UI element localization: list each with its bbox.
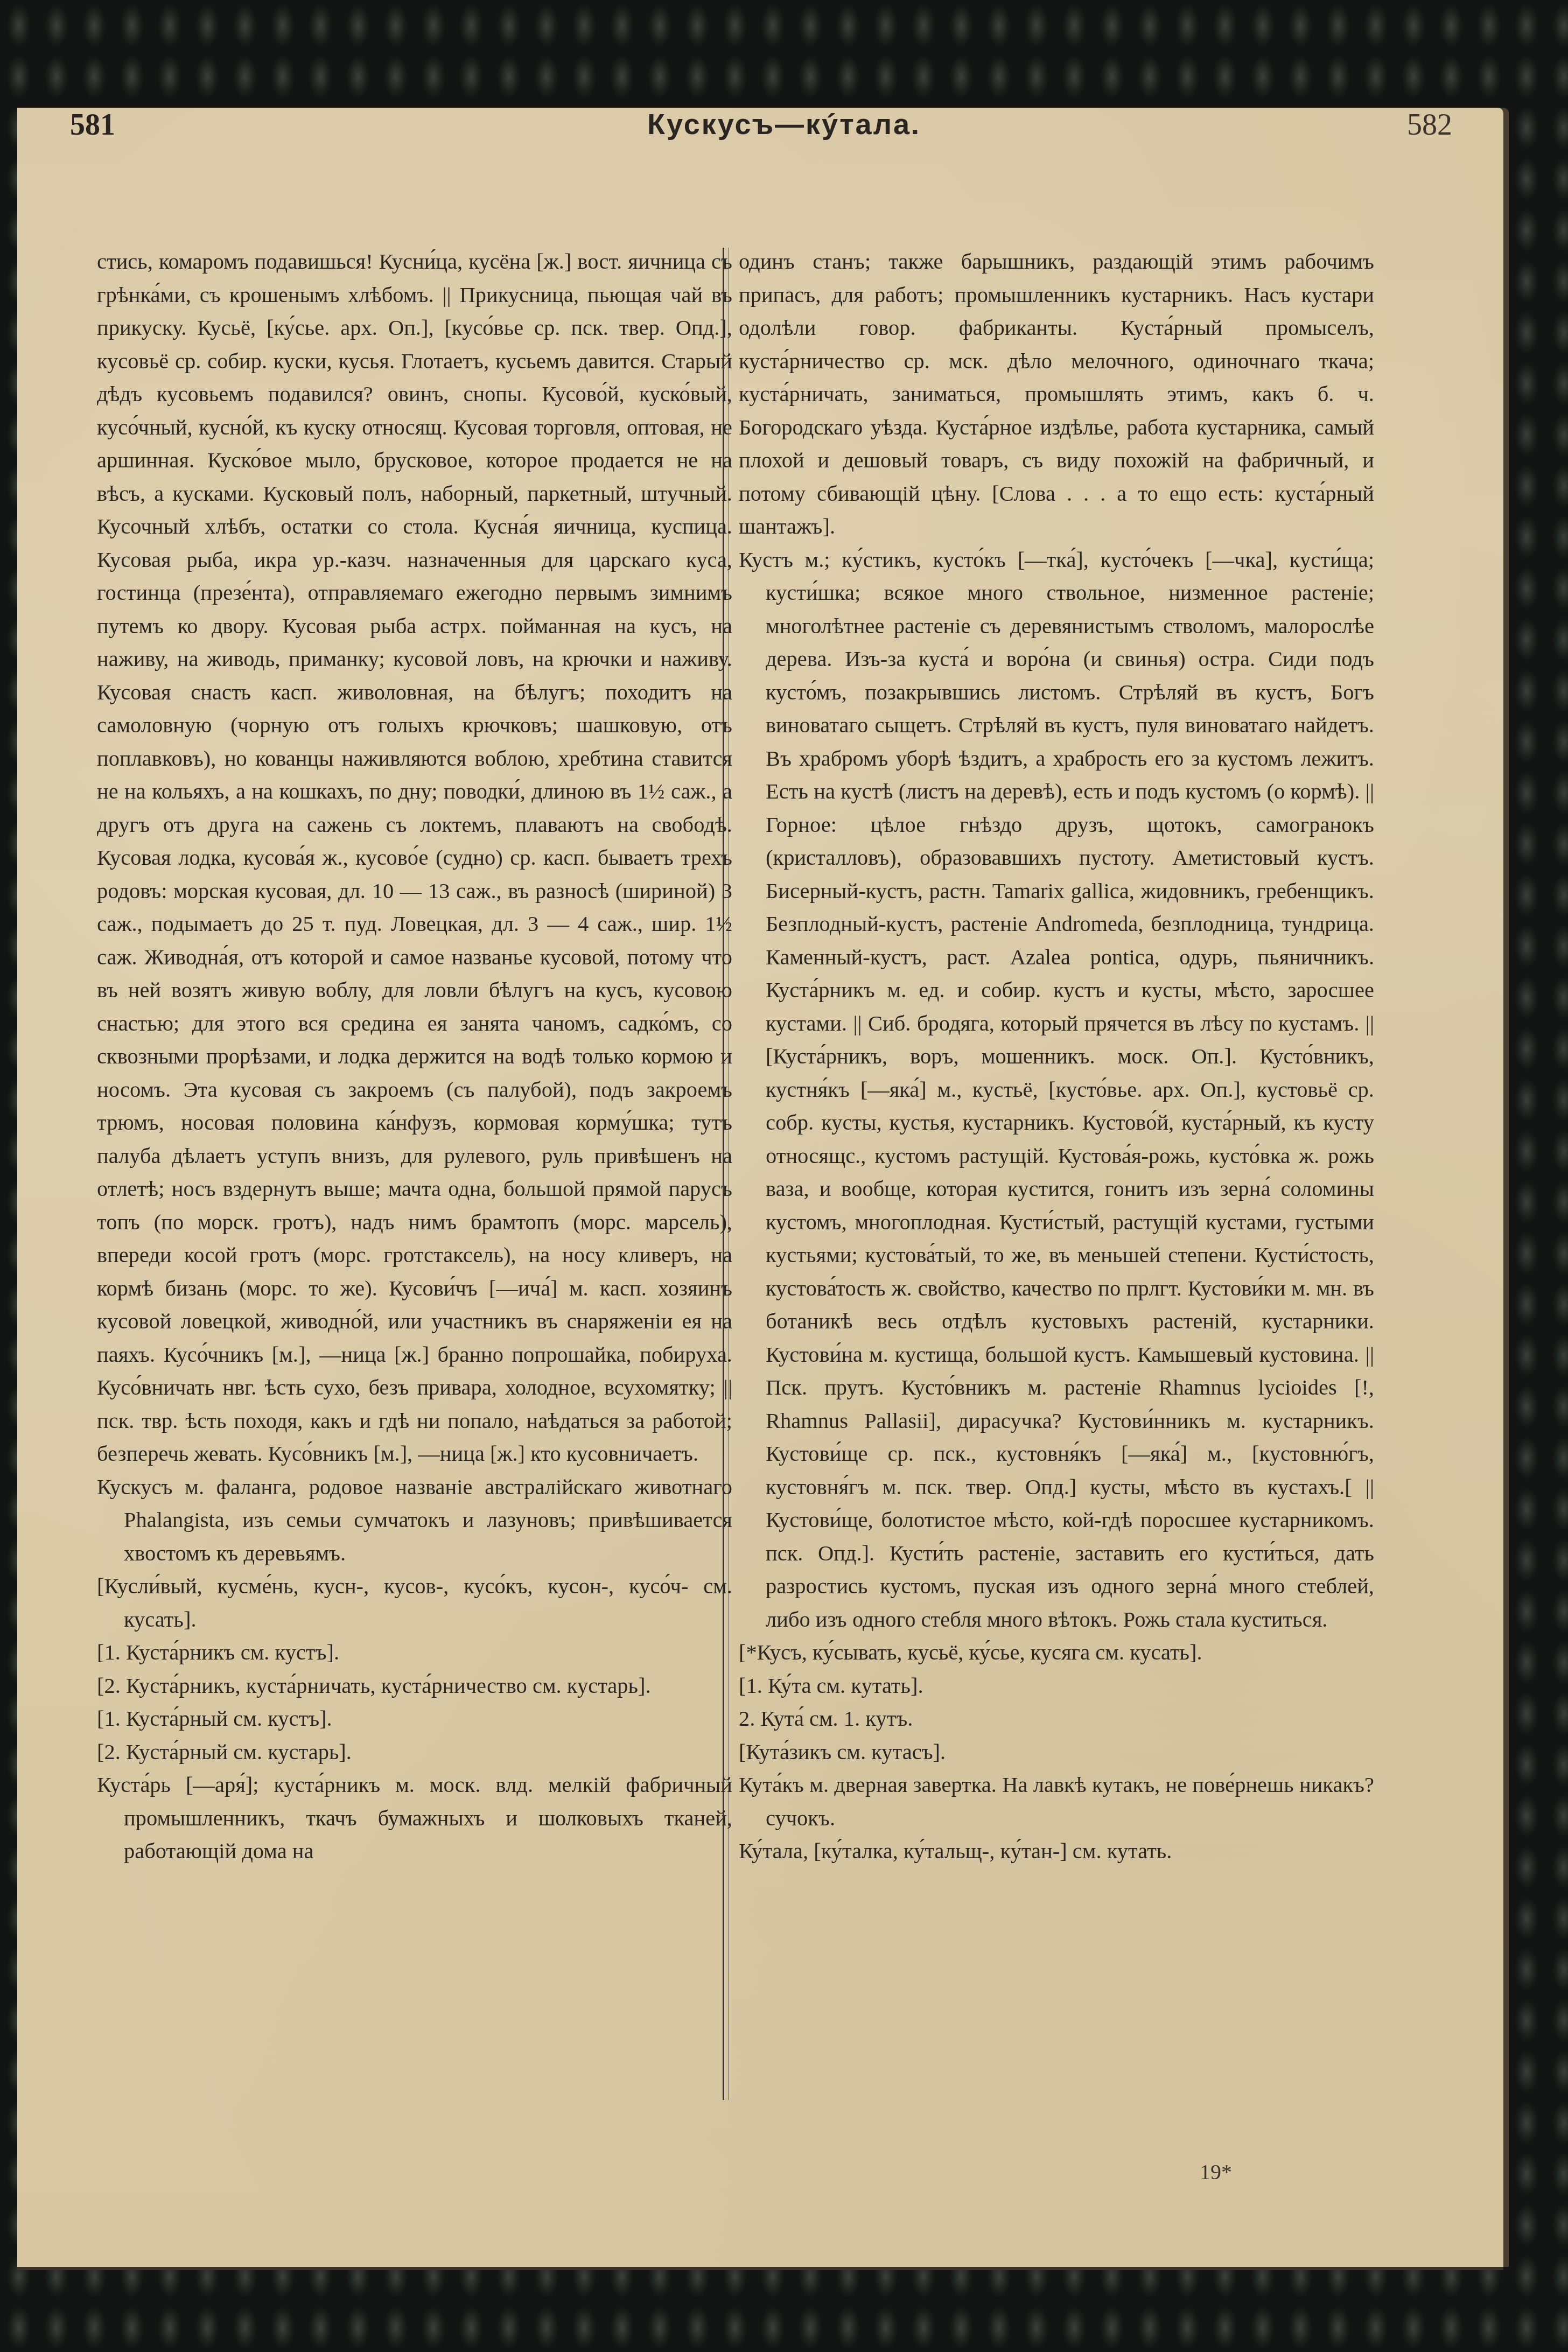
dictionary-entry: Кута́къ м. дверная завертка. На лавкѣ ку…	[739, 1768, 1374, 1835]
dictionary-entry: [1. Ку́та см. кутать].	[739, 1669, 1374, 1703]
dictionary-entry: [1. Куста́рный см. кустъ].	[97, 1702, 732, 1735]
right-column: одинъ станъ; также барышникъ, раздающій …	[739, 245, 1374, 1868]
dictionary-entry: 2. Кута́ см. 1. кутъ.	[739, 1702, 1374, 1735]
dictionary-entry: Куста́рь [—аря́]; куста́рникъ м. моск. в…	[97, 1768, 732, 1868]
left-column: стись, комаромъ подавишься! Кусни́ца, ку…	[97, 245, 732, 1868]
dictionary-entry: [Кусли́вый, кусме́нь, кусн-, кусов-, кус…	[97, 1570, 732, 1636]
running-head: 581 Кускусъ—кýтала. 582	[0, 108, 1568, 151]
dictionary-entry: [Кута́зикъ см. кутасъ].	[739, 1735, 1374, 1769]
page-number-right: 582	[1407, 108, 1452, 142]
dictionary-entry: Ку́тала, [ку́талка, ку́тальщ-, ку́тан-] …	[739, 1835, 1374, 1868]
dictionary-entry: Кускусъ м. фаланга, родовое названіе авс…	[97, 1471, 732, 1570]
page-title: Кускусъ—кýтала.	[0, 108, 1568, 141]
dictionary-entry: [2. Куста́рный см. кустарь].	[97, 1735, 732, 1769]
dictionary-entry: [*Кусъ, ку́сывать, кусьё, ку́сье, кусяга…	[739, 1636, 1374, 1669]
dictionary-entry: стись, комаромъ подавишься! Кусни́ца, ку…	[97, 245, 732, 1471]
printer-signature-mark: 19*	[1200, 2159, 1232, 2185]
dictionary-entry: [2. Куста́рникъ, куста́рничать, куста́рн…	[97, 1669, 732, 1703]
dictionary-entry: одинъ станъ; также барышникъ, раздающій …	[739, 245, 1374, 543]
dictionary-entry: Кустъ м.; ку́стикъ, кусто́къ [—тка́], ку…	[739, 543, 1374, 1636]
dictionary-entry: [1. Куста́рникъ см. кустъ].	[97, 1636, 732, 1669]
